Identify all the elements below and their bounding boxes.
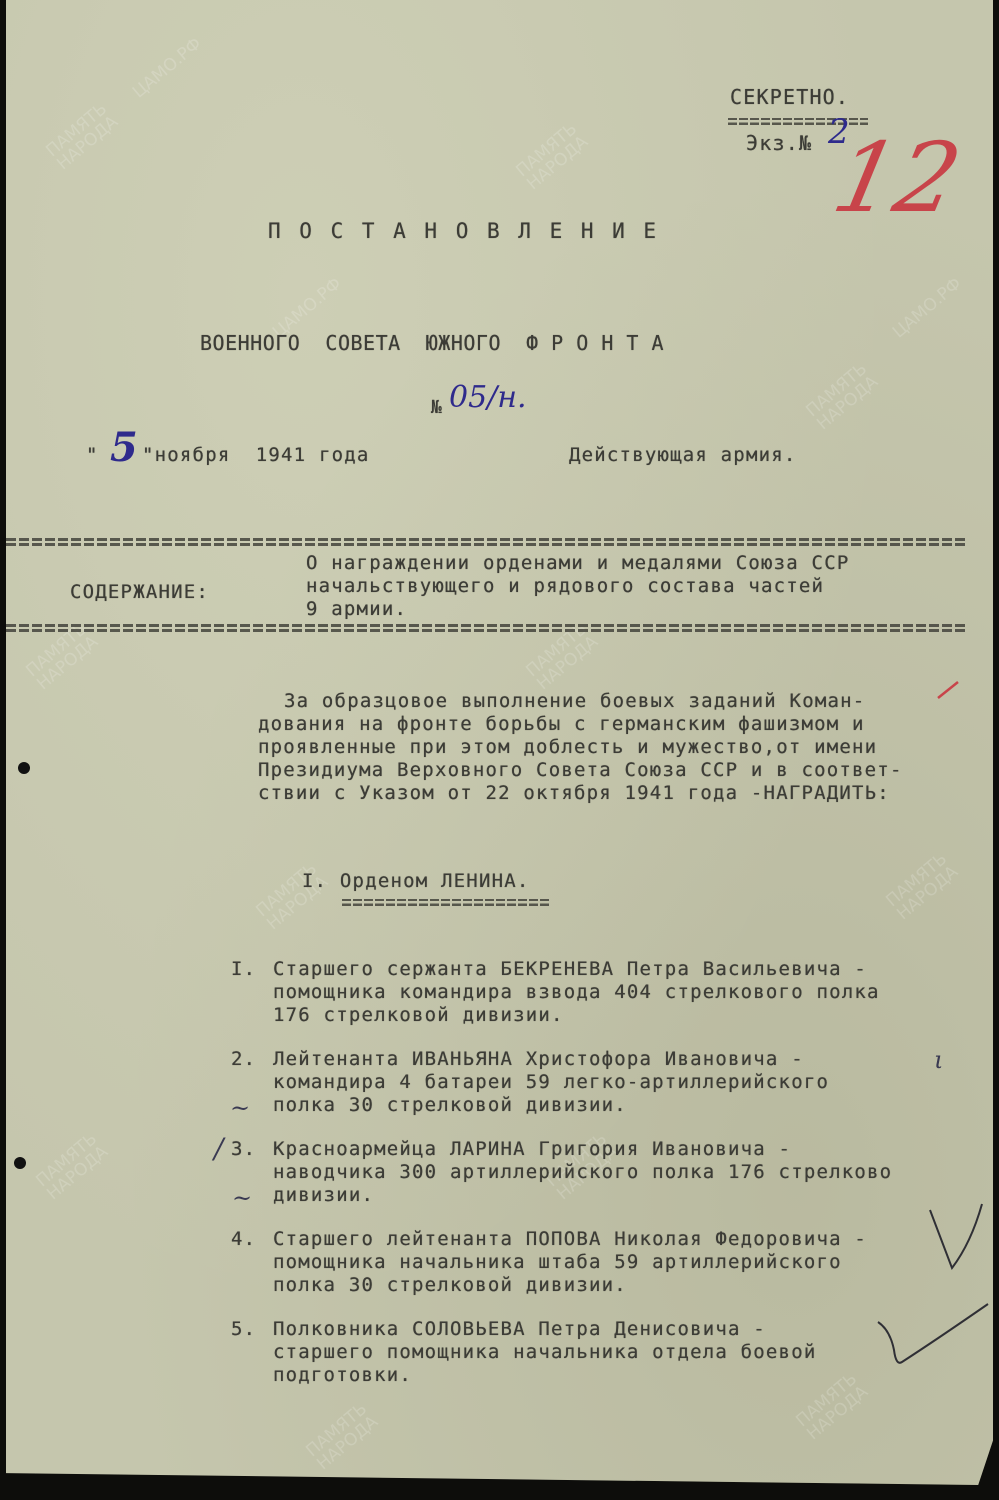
awardee-line: Красноармейца ЛАРИНА Григория Ивановича …	[273, 1138, 892, 1161]
awardee-line: наводчика 300 артиллерийского полка 176 …	[273, 1161, 892, 1184]
preamble-line: дования на фронте борьбы с германским фа…	[258, 713, 903, 736]
awardee-line: командира 4 батареи 59 легко-артиллерийс…	[273, 1071, 829, 1094]
watermark-project: ПАМЯТЬ НАРОДА	[34, 1131, 112, 1204]
tilde-mark-handwritten: ~	[230, 1094, 250, 1122]
punch-hole	[18, 762, 30, 774]
awardee-line: подготовки.	[273, 1364, 816, 1387]
preamble: За образцовое выполнение боевых заданий …	[284, 690, 865, 713]
awardee-line: Лейтенанта ИВАНЬЯНА Христофора Ивановича…	[273, 1048, 829, 1071]
watermark-project: ПАМЯТЬ НАРОДА	[514, 121, 592, 194]
awardee-line: полка 30 стрелковой дивизии.	[273, 1274, 867, 1297]
location-text: Действующая армия.	[569, 444, 797, 467]
document-number-handwritten: 05/н.	[449, 380, 527, 415]
section-heading: I. Орденом ЛЕНИНА.	[302, 870, 530, 893]
awardee-line: помощника командира взвода 404 стрелково…	[273, 981, 880, 1004]
preamble-line: проявленные при этом доблесть и мужество…	[258, 736, 903, 759]
page-number-handwritten: 12	[826, 130, 969, 226]
date-open-quote: "	[86, 444, 99, 467]
awardee-line: дивизии.	[273, 1184, 892, 1207]
section-underline	[342, 899, 550, 906]
awardee-number: I.	[231, 958, 256, 981]
copy-label: Экз.№	[746, 132, 812, 155]
awardee-number: 2.	[231, 1048, 256, 1071]
watermark-archive: ЦАМО.РФ	[890, 275, 965, 341]
slash-mark-handwritten: /	[214, 1132, 223, 1165]
date-month-year: "ноября 1941 года	[142, 444, 370, 467]
watermark-project: ПАМЯТЬ НАРОДА	[44, 101, 122, 174]
watermark-project: ПАМЯТЬ НАРОДА	[884, 851, 962, 924]
awardee-number: 4.	[231, 1228, 256, 1251]
tilde-mark-handwritten: ~	[232, 1184, 252, 1212]
awardee-number: 5.	[231, 1318, 256, 1341]
content-line: начальствующего и рядового состава часте…	[306, 575, 849, 598]
preamble-line: ствии с Указом от 22 октября 1941 года -…	[258, 782, 903, 805]
watermark-project: ПАМЯТЬ НАРОДА	[804, 361, 882, 434]
awardee-line: Старшего сержанта БЕКРЕНЕВА Петра Василь…	[273, 958, 880, 981]
content-line: О награждении орденами и медалями Союза …	[306, 552, 849, 575]
number-label: №	[431, 396, 443, 419]
document-page: ПАМЯТЬ НАРОДА ЦАМО.РФ ПАМЯТЬ НАРОДА ЦАМО…	[6, 0, 993, 1485]
awardee-number: 3.	[231, 1138, 256, 1161]
red-tick-mark-icon	[936, 680, 960, 700]
awardee-line: помощника начальника штаба 59 артиллерий…	[273, 1251, 867, 1274]
preamble-continued: дования на фронте борьбы с германским фа…	[258, 713, 903, 805]
preamble-line: За образцовое выполнение боевых заданий …	[284, 690, 865, 713]
document-title: П О С Т А Н О В Л Е Н И Е	[268, 220, 659, 243]
document-subtitle: ВОЕННОГО СОВЕТА ЮЖНОГО Ф Р О Н Т А	[200, 332, 664, 355]
awardee-line: 176 стрелковой дивизии.	[273, 1004, 880, 1027]
content-line: 9 армии.	[306, 598, 849, 621]
punch-hole	[14, 1157, 26, 1169]
awardee-line: старшего помощника начальника отдела бое…	[273, 1341, 816, 1364]
check-mark-handwritten: ι	[934, 1046, 943, 1074]
content-label: СОДЕРЖАНИЕ:	[70, 581, 209, 604]
awardee-line: полка 30 стрелковой дивизии.	[273, 1094, 829, 1117]
check-mark-icon	[926, 1198, 986, 1278]
date-day-handwritten: 5	[110, 424, 138, 471]
content-description: О награждении орденами и медалями Союза …	[306, 552, 849, 621]
separator-top	[6, 538, 966, 546]
watermark-project: ПАМЯТЬ НАРОДА	[304, 1401, 382, 1474]
awardee-line: Старшего лейтенанта ПОПОВА Николая Федор…	[273, 1228, 867, 1251]
check-mark-icon	[866, 1300, 996, 1380]
preamble-line: Президиума Верховного Совета Союза ССР и…	[258, 759, 903, 782]
classification-stamp: СЕКРЕТНО.	[730, 86, 849, 109]
awardee-line: Полковника СОЛОВЬЕВА Петра Денисовича -	[273, 1318, 816, 1341]
separator-bottom	[6, 624, 966, 632]
watermark-archive: ЦАМО.РФ	[130, 35, 205, 101]
